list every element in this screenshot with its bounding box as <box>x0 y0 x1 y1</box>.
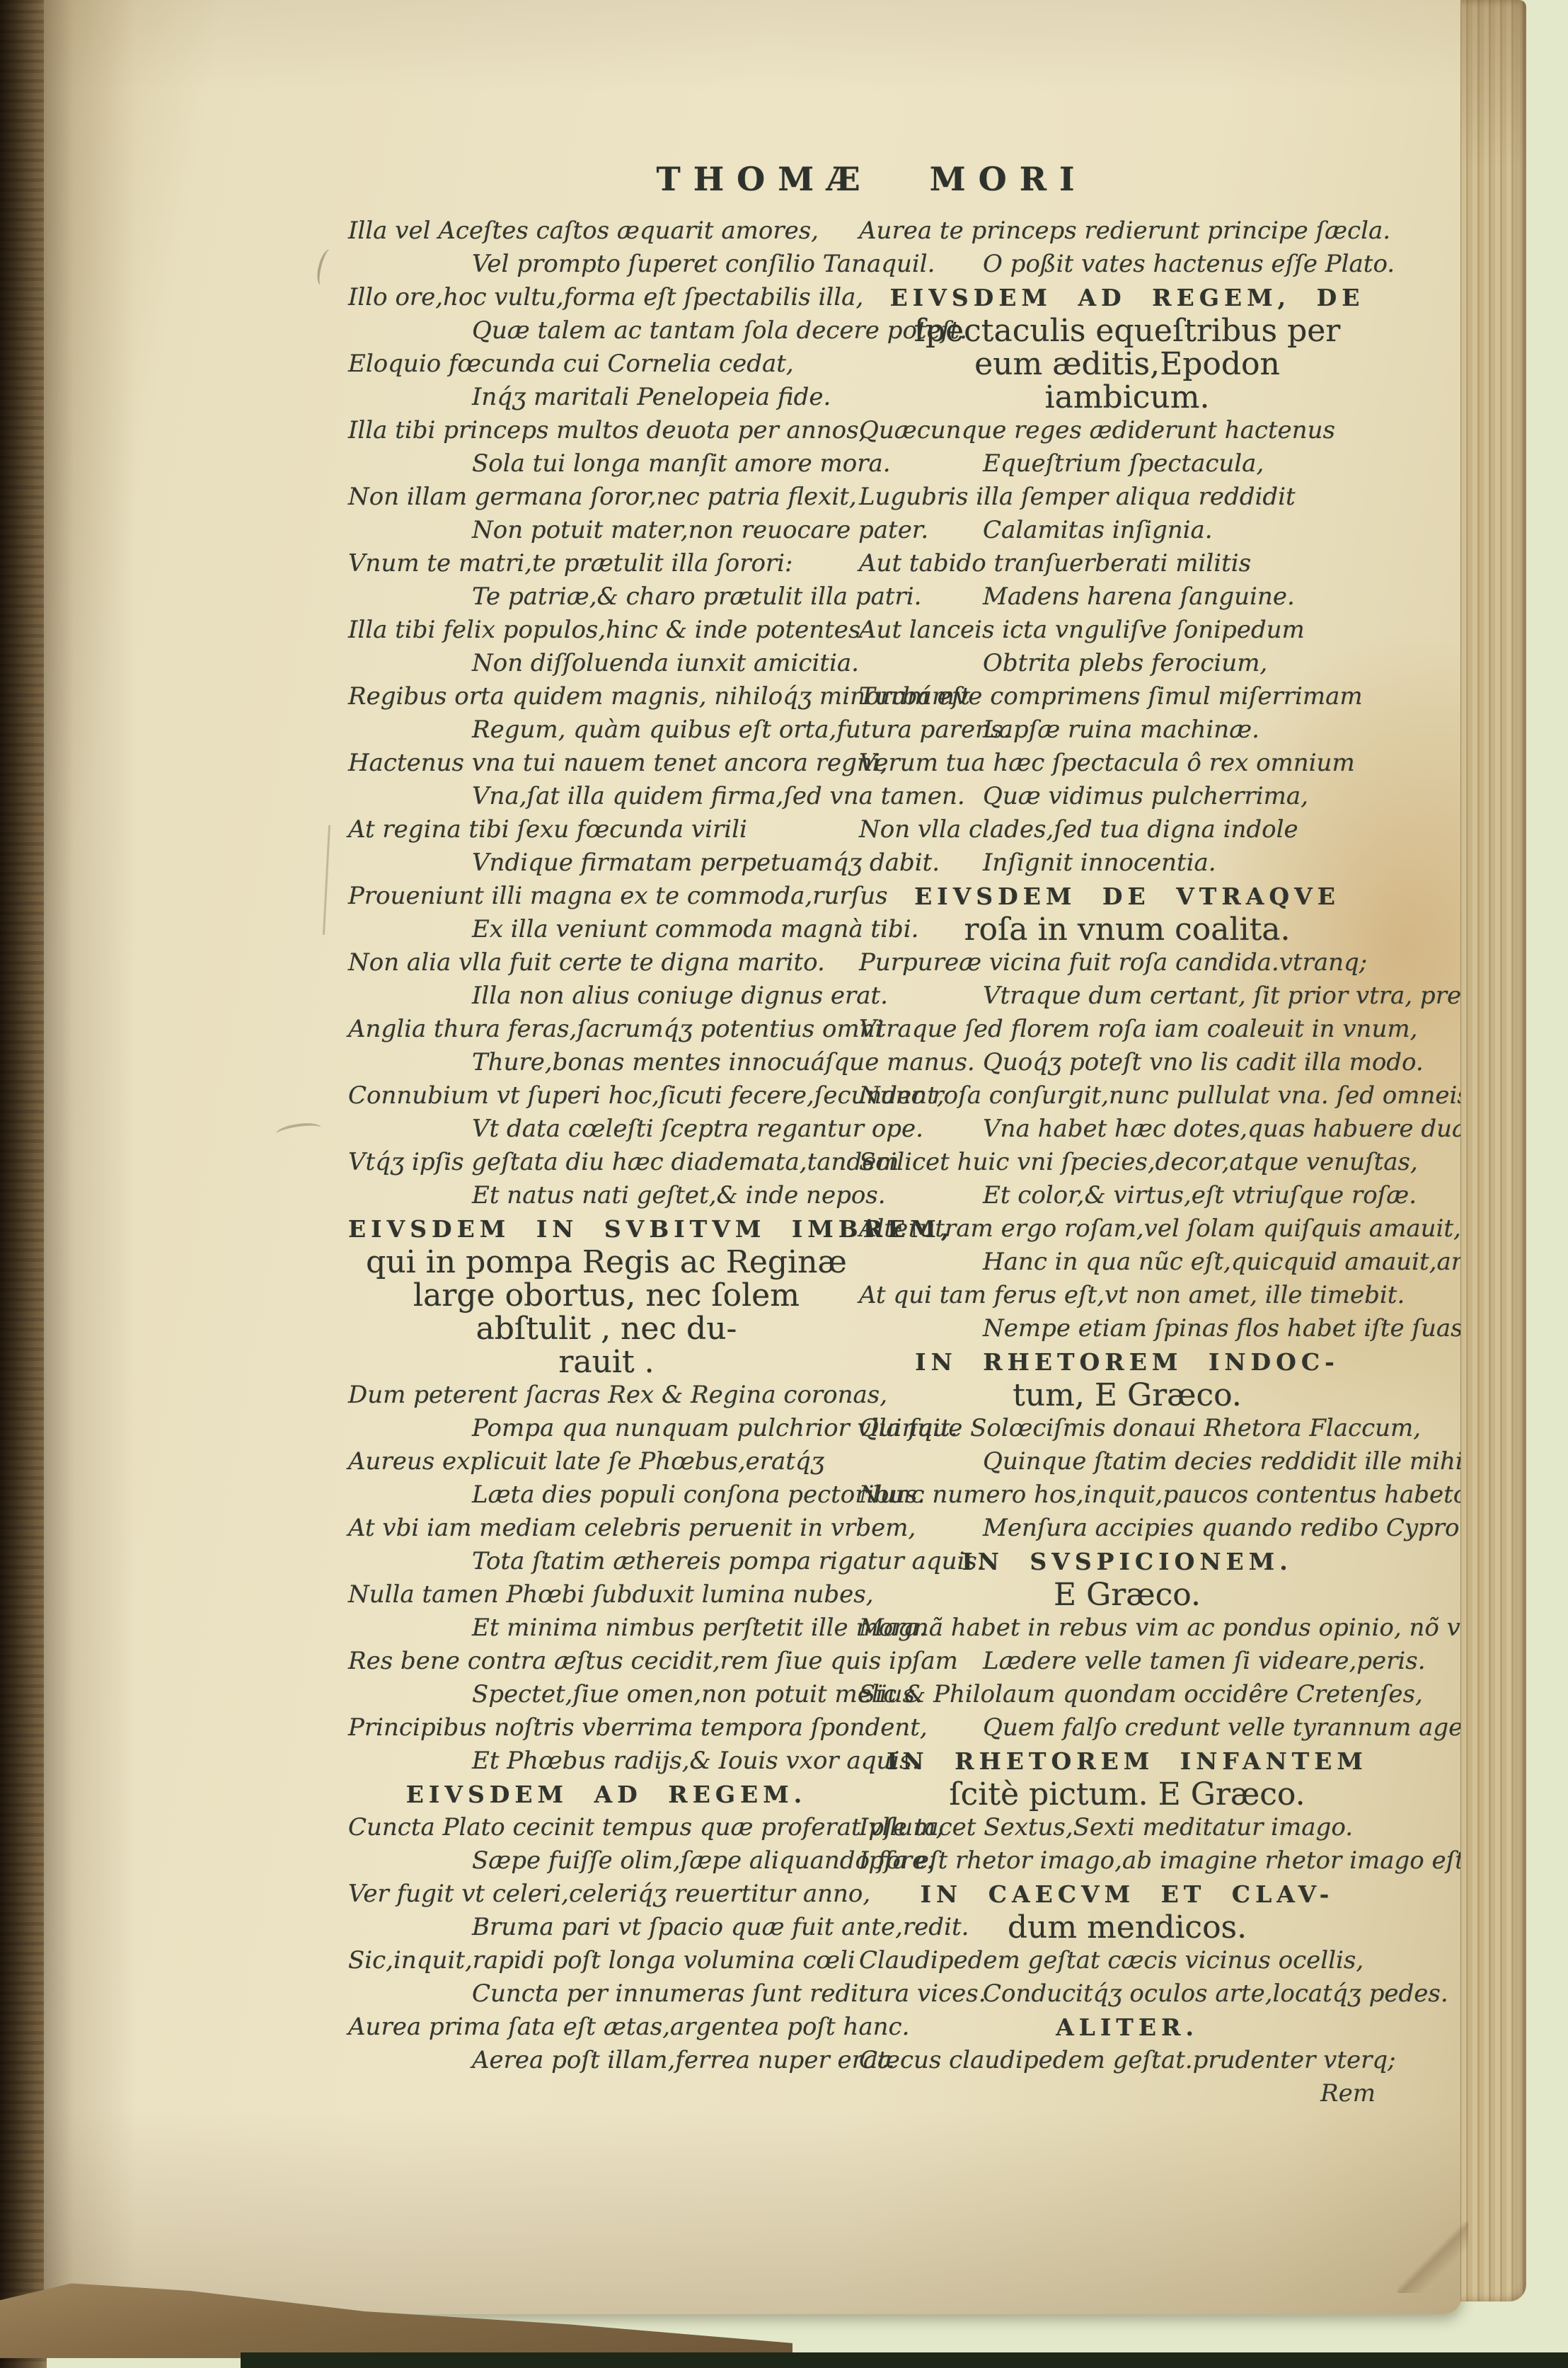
verse-line: Lugubris illa ſemper aliqua reddidit <box>859 481 1395 514</box>
page-stack-edge <box>1460 0 1526 2301</box>
verse-line: Ipſa eſt rhetor imago,ab imagine rhetor … <box>859 1844 1395 1878</box>
verse-line: Quæ talem ac tantam ſola decere poteſt. <box>348 314 865 347</box>
catchword: Rem <box>859 2079 1395 2108</box>
verse-line: Aut tabido tranſuerberati militis <box>859 547 1395 580</box>
verse-line: Purpureæ vicina fuit roſa candida.vtranq… <box>859 946 1395 979</box>
verse-line: Thure,bonas mentes innocuáſque manus. <box>348 1046 865 1079</box>
verse-line: Non vlla clades,ſed tua digna indole <box>859 813 1395 846</box>
verse-line: Sic & Philolaum quondam occidêre Cretenſ… <box>859 1678 1395 1711</box>
verse-line: Equeſtrium ſpectacula, <box>859 447 1395 481</box>
heading-line: ſpectaculis equeſtribus per <box>859 314 1395 347</box>
heading-line: EIVSDEM DE VTRAQVE <box>859 880 1395 913</box>
verse-line: Vtraque dum certant, ſit prior vtra, pre… <box>859 979 1395 1013</box>
verse-line: Quæcunque reges ædiderunt hactenus <box>859 414 1395 447</box>
verse-line: Illa non alius coniuge dignus erat. <box>348 979 865 1013</box>
book-page: THOMÆ MORI Illa vel Aceſtes caſtos æquar… <box>44 0 1462 2314</box>
verse-line: Et natus nati geſtet,& inde nepos. <box>348 1179 865 1212</box>
verse-line: Aut lanceis icta vnguliſve ſonipedum <box>859 614 1395 647</box>
verse-line: Quem falſo credunt velle tyrannum agere. <box>859 1711 1395 1745</box>
verse-line: Claudipedem geſtat cæcis vicinus ocellis… <box>859 1944 1395 1977</box>
verse-line: Regibus orta quidem magnis, nihiloq́ʒ mi… <box>348 680 865 713</box>
verse-line: Vna,ſat illa quidem firma,ſed vna tamen. <box>348 780 865 813</box>
heading-line: IN SVSPICIONEM. <box>859 1545 1395 1578</box>
heading-line: abſtulit , nec du- <box>348 1312 865 1345</box>
verse-line: Vnum te matri,te prætulit illa ſorori: <box>348 547 865 580</box>
verse-line: Aerea poſt illam,ferrea nuper erat. <box>348 2044 865 2077</box>
text-column-left: Illa vel Aceſtes caſtos æquarit amores,V… <box>348 214 865 2077</box>
heading-line: large obortus, nec ſolem <box>348 1279 865 1312</box>
verse-line: Pompa qua nunquam pulchrior vlla fuit. <box>348 1412 865 1445</box>
verse-line: Madens harena ſanguine. <box>859 580 1395 614</box>
text-column-right: Aurea te princeps redierunt principe ſæc… <box>859 214 1395 2077</box>
pen-mark <box>323 825 330 935</box>
verse-line: Ver fugit vt celeri,celeriq́ʒ reuertitur… <box>348 1878 865 1911</box>
verse-line: Lædere velle tamen ſi videare,peris. <box>859 1645 1395 1678</box>
book-spine-edge <box>0 0 47 2368</box>
heading-line: tum, E Græco. <box>859 1379 1395 1412</box>
heading-line: eum æditis,Epodon <box>859 347 1395 381</box>
heading-line: IN RHETOREM INFANTEM <box>859 1745 1395 1778</box>
verse-line: Illa vel Aceſtes caſtos æquarit amores, <box>348 214 865 248</box>
heading-line: E Græco. <box>859 1578 1395 1611</box>
heading-line: IN RHETOREM INDOC- <box>859 1345 1395 1379</box>
verse-line: Proueniunt illi magna ex te commoda,rurſ… <box>348 880 865 913</box>
verse-line: Dum peterent ſacras Rex & Regina coronas… <box>348 1379 865 1412</box>
verse-line: O poßit vates hactenus eſſe Plato. <box>859 248 1395 281</box>
heading-line: EIVSDEM AD REGEM, DE <box>859 281 1395 314</box>
verse-line: Non diſſoluenda iunxit amicitia. <box>348 647 865 680</box>
verse-line: Ipſe tacet Sextus,Sexti meditatur imago. <box>859 1811 1395 1844</box>
verse-line: Cæcus claudipedem geſtat.prudenter vterq… <box>859 2044 1395 2077</box>
verse-line: Cuncta Plato cecinit tempus quæ proferat… <box>348 1811 865 1844</box>
verse-line: Vtq́ʒ ipſis geſtata diu hæc diademata,ta… <box>348 1146 865 1179</box>
verse-line: Non alia vlla fuit certe te digna marito… <box>348 946 865 979</box>
verse-line: Tota ſtatim æthereis pompa rigatur aquis… <box>348 1545 865 1578</box>
page-fold-shadow <box>1397 2222 1468 2293</box>
verse-line: Læta dies populi conſona pectoribus. <box>348 1478 865 1512</box>
verse-line: Magnã habet in rebus vim ac pondus opini… <box>859 1611 1395 1645</box>
verse-line: Quinque ſtatim decies reddidit ille mihi… <box>859 1445 1395 1478</box>
running-title: THOMÆ MORI <box>348 160 1395 198</box>
verse-line: Sic,inquit,rapidi poſt longa volumina cœ… <box>348 1944 865 1977</box>
heading-line: rauit . <box>348 1345 865 1379</box>
heading-line: IN CAECVM ET CLAV- <box>859 1878 1395 1911</box>
verse-line: Inſignit innocentia. <box>859 846 1395 880</box>
verse-line: Sæpe fuiſſe olim,ſæpe aliquando fore. <box>348 1844 865 1878</box>
verse-line: Non potuit mater,non reuocare pater. <box>348 514 865 547</box>
verse-line: Hactenus vna tui nauem tenet ancora regn… <box>348 747 865 780</box>
verse-line: Verum tua hæc ſpectacula ô rex omnium <box>859 747 1395 780</box>
verse-line: Lapſæ ruina machinæ. <box>859 713 1395 747</box>
scan-background: THOMÆ MORI Illa vel Aceſtes caſtos æquar… <box>0 0 1568 2368</box>
verse-line: Quinque Solœciſmis donaui Rhetora Flaccu… <box>859 1412 1395 1445</box>
heading-line: ſcitè pictum. E Græco. <box>859 1778 1395 1811</box>
verse-line: At qui tam ferus eſt,vt non amet, ille t… <box>859 1279 1395 1312</box>
verse-line: Regum, quàm quibus eſt orta,futura paren… <box>348 713 865 747</box>
verse-line: Eloquio fœcunda cui Cornelia cedat, <box>348 347 865 381</box>
verse-line: Illa tibi princeps multos deuota per ann… <box>348 414 865 447</box>
verse-line: Illo ore,hoc vultu,forma eſt ſpectabilis… <box>348 281 865 314</box>
verse-line: Vtraque ſed florem roſa iam coaleuit in … <box>859 1013 1395 1046</box>
verse-line: Hanc in qua nũc eſt,quicquid amauit,amet… <box>859 1246 1395 1279</box>
verse-line: Cuncta per innumeras ſunt reditura vices… <box>348 1977 865 2011</box>
heading-line: qui in pompa Regis ac Reginæ <box>348 1246 865 1279</box>
verse-line: Aurea prima ſata eſt ætas,argentea poſt … <box>348 2011 865 2044</box>
heading-line: dum mendicos. <box>859 1911 1395 1944</box>
verse-line: Scilicet huic vni ſpecies,decor,atque ve… <box>859 1146 1395 1179</box>
verse-line: Ex illa veniunt commoda magnà tibi. <box>348 913 865 946</box>
heading-line: EIVSDEM IN SVBITVM IMBREM, <box>348 1212 865 1246</box>
verse-line: Turbámve comprimens ſimul miſerrimam <box>859 680 1395 713</box>
verse-line: Quæ vidimus pulcherrima, <box>859 780 1395 813</box>
verse-line: Principibus noſtris vberrima tempora ſpo… <box>348 1711 865 1745</box>
verse-line: Menſura accipies quando redibo Cypro. <box>859 1512 1395 1545</box>
verse-line: Alterutram ergo roſam,vel ſolam quiſquis… <box>859 1212 1395 1246</box>
verse-line: Aureus explicuit late ſe Phœbus,eratq́ʒ <box>348 1445 865 1478</box>
pen-mark <box>275 1121 322 1142</box>
verse-line: Spectet,ſiue omen,non potuit melius. <box>348 1678 865 1711</box>
verse-line: Quoq́ʒ poteſt vno lis cadit illa modo. <box>859 1046 1395 1079</box>
verse-line: Te patriæ,& charo prætulit illa patri. <box>348 580 865 614</box>
verse-line: Obtrita plebs ferocium, <box>859 647 1395 680</box>
verse-line: Illa tibi felix populos,hinc & inde pote… <box>348 614 865 647</box>
verse-line: Aurea te princeps redierunt principe ſæc… <box>859 214 1395 248</box>
verse-line: Vt data cœleſti ſceptra regantur ope. <box>348 1113 865 1146</box>
verse-line: At regina tibi ſexu fœcunda virili <box>348 813 865 846</box>
verse-line: At vbi iam mediam celebris peruenit in v… <box>348 1512 865 1545</box>
verse-line: Nempe etiam ſpinas flos habet iſte ſuas. <box>859 1312 1395 1345</box>
heading-line: roſa in vnum coalita. <box>859 913 1395 946</box>
verse-line: Vel prompto ſuperet conſilio Tanaquil. <box>348 248 865 281</box>
verse-line: Connubium vt ſuperi hoc,ſicuti fecere,ſe… <box>348 1079 865 1113</box>
verse-line: Calamitas inſignia. <box>859 514 1395 547</box>
verse-line: Vndique firmatam perpetuamq́ʒ dabit. <box>348 846 865 880</box>
verse-line: Non illam germana ſoror,nec patria flexi… <box>348 481 865 514</box>
pen-mark <box>314 248 337 287</box>
verse-line: Nunc numero hos,inquit,paucos contentus … <box>859 1478 1395 1512</box>
verse-line: Anglia thura feras,ſacrumq́ʒ potentius o… <box>348 1013 865 1046</box>
heading-line: iambicum. <box>859 381 1395 414</box>
verse-line: Sola tui longa manſit amore mora. <box>348 447 865 481</box>
verse-line: Nulla tamen Phœbi ſubduxit lumina nubes, <box>348 1578 865 1611</box>
verse-line: Conducitq́ʒ oculos arte,locatq́ʒ pedes. <box>859 1977 1395 2011</box>
verse-line: Nunc roſa conſurgit,nunc pullulat vna. ſ… <box>859 1079 1395 1113</box>
verse-line: Et color,& virtus,eſt vtriuſque roſæ. <box>859 1179 1395 1212</box>
verse-line: Bruma pari vt ſpacio quæ fuit ante,redit… <box>348 1911 865 1944</box>
verse-line: Et minima nimbus perſtetit ille mora. <box>348 1611 865 1645</box>
verse-line: Et Phœbus radijs,& Iouis vxor aquis. <box>348 1745 865 1778</box>
scan-bottom-strip <box>241 2352 1568 2368</box>
heading-line: ALITER. <box>859 2011 1395 2044</box>
verse-line: Res bene contra æſtus cecidit,rem ſiue q… <box>348 1645 865 1678</box>
verse-line: Inq́ʒ maritali Penelopeia fide. <box>348 381 865 414</box>
heading-line: EIVSDEM AD REGEM. <box>348 1778 865 1811</box>
verse-line: Vna habet hæc dotes,quas habuere duæ. <box>859 1113 1395 1146</box>
